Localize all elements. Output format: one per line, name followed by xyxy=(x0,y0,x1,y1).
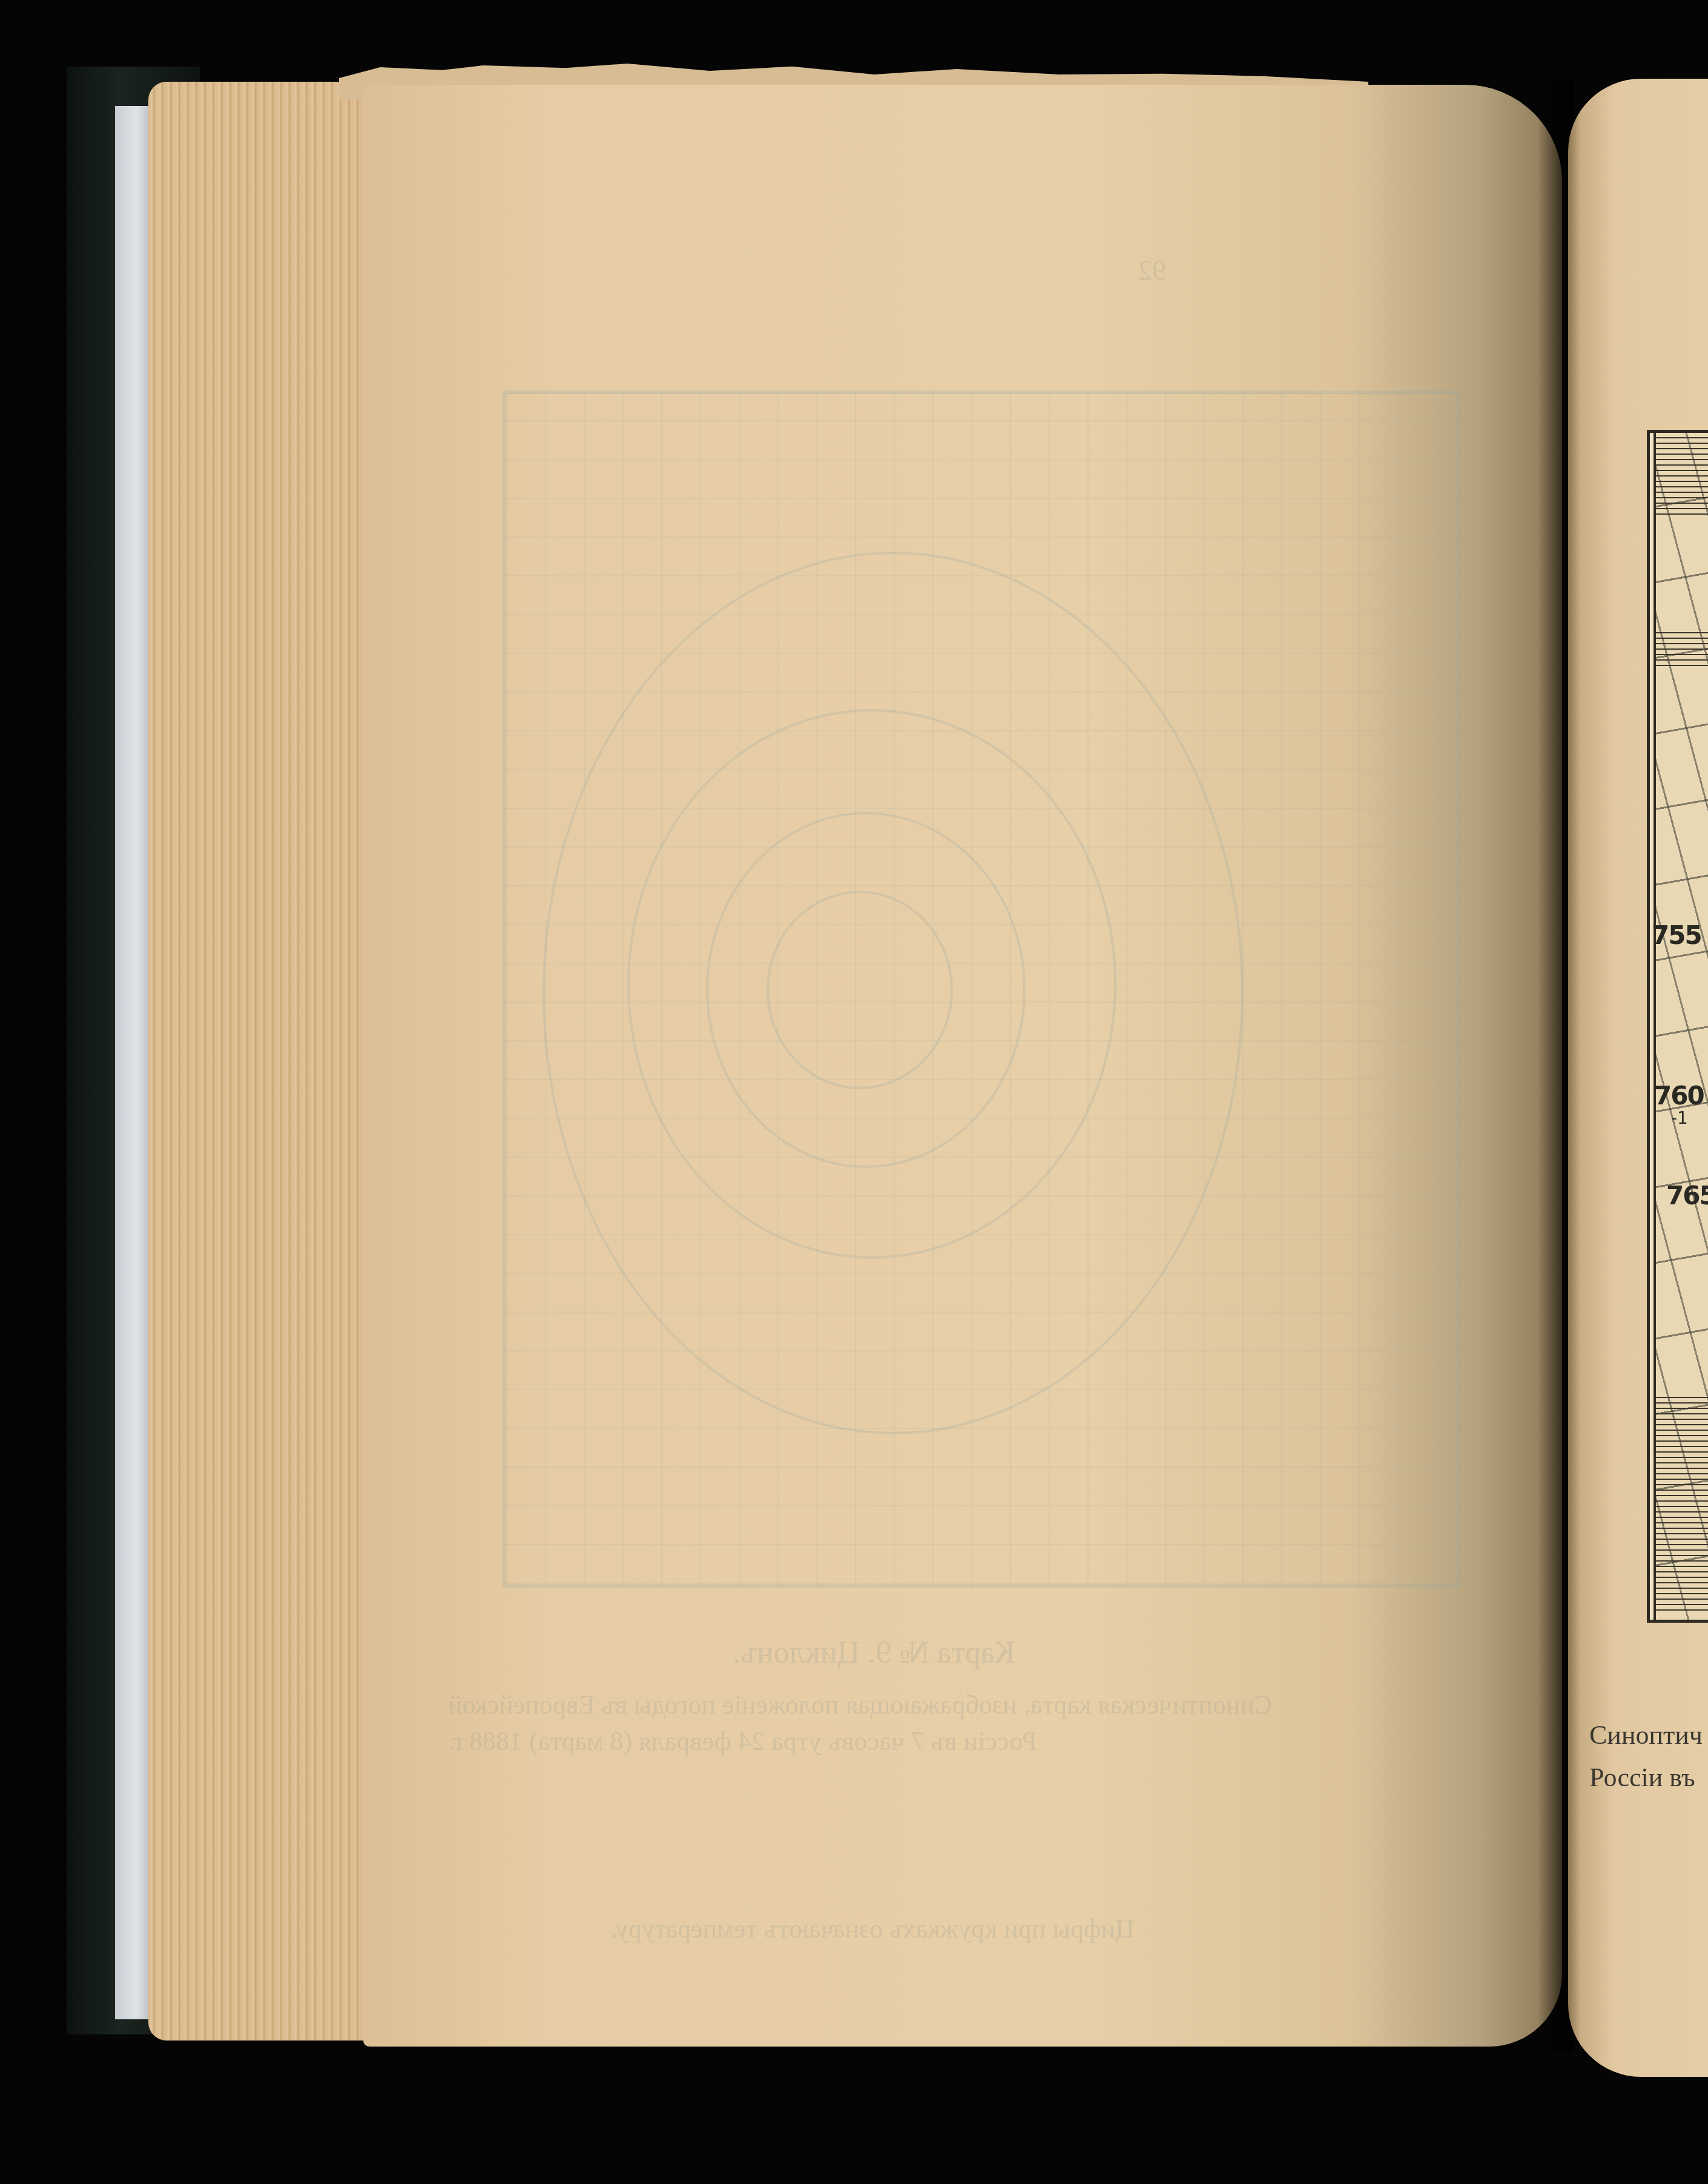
bleed-caption: Карта № 9. Циклонъ. xyxy=(733,1635,1015,1671)
bleed-page-number: 92 xyxy=(1138,254,1166,286)
map-caption-line: Россіи въ xyxy=(1589,1762,1695,1793)
sea-hatching xyxy=(1656,630,1708,666)
map-caption-line: Синоптич xyxy=(1589,1720,1703,1750)
sea-hatching xyxy=(1656,1393,1708,1611)
bleed-through-map xyxy=(503,391,1460,1588)
bleed-text-line: Синоптическая карта, изображающая положе… xyxy=(448,1689,1272,1720)
sea-hatching xyxy=(1656,436,1708,515)
isobar-ring xyxy=(542,552,1244,1434)
isobar-label: 760 xyxy=(1654,1081,1704,1110)
cover-pastedown xyxy=(115,106,151,2019)
isobar-label: 765 xyxy=(1666,1181,1708,1210)
temperature-label: -1 xyxy=(1671,1108,1688,1128)
isobar-label: 755 xyxy=(1652,920,1701,950)
bleed-text-line: Россіи въ 7 часовъ утра 24 февраля (8 ма… xyxy=(448,1726,1037,1757)
page-stack-edge xyxy=(148,82,378,2040)
bleed-text-line: Цифры при кружкахъ означаютъ температуру… xyxy=(612,1913,1135,1944)
